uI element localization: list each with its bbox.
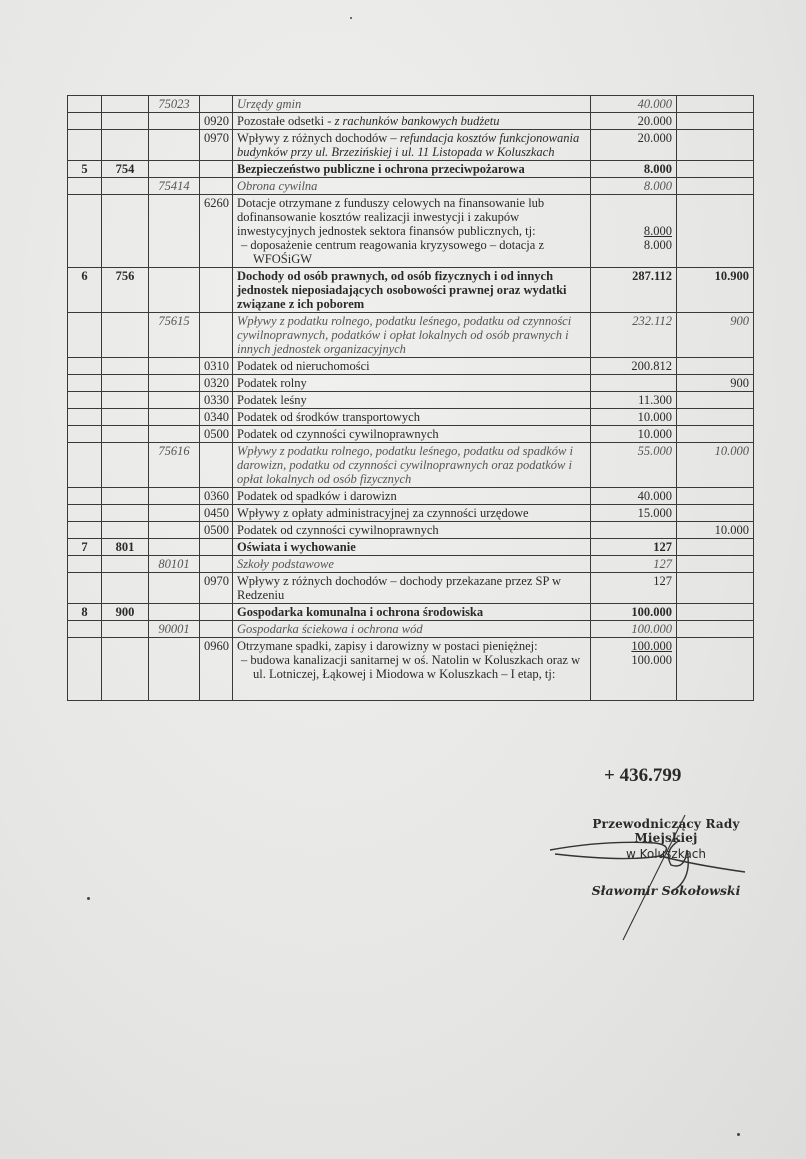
- description-cell: Podatek rolny: [233, 375, 591, 392]
- description-text: Otrzymane spadki, zapisy i darowizny w p…: [237, 639, 538, 653]
- rozdzial-cell: [149, 604, 200, 621]
- item-row: 0450Wpływy z opłaty administracyjnej za …: [68, 505, 754, 522]
- amount-b-cell: [677, 426, 754, 443]
- description-cell: Oświata i wychowanie: [233, 539, 591, 556]
- dzial-cell: [102, 638, 149, 701]
- description-cell: Podatek od czynności cywilnoprawnych: [233, 426, 591, 443]
- lp-cell: [68, 313, 102, 358]
- section-row: 8900Gospodarka komunalna i ochrona środo…: [68, 604, 754, 621]
- dzial-cell: [102, 556, 149, 573]
- rozdzial-cell: [149, 113, 200, 130]
- amount-b-cell: [677, 539, 754, 556]
- paragraf-cell: [200, 161, 233, 178]
- section-row: 7801Oświata i wychowanie127: [68, 539, 754, 556]
- amount-a-cell: 40.000: [591, 96, 677, 113]
- amount-b-cell: [677, 178, 754, 195]
- rozdzial-cell: 80101: [149, 556, 200, 573]
- paragraf-cell: 0320: [200, 375, 233, 392]
- dzial-cell: [102, 488, 149, 505]
- rozdzial-cell: [149, 505, 200, 522]
- paragraf-cell: 0330: [200, 392, 233, 409]
- amount-a-cell: 40.000: [591, 488, 677, 505]
- paragraf-cell: 0360: [200, 488, 233, 505]
- lp-cell: 8: [68, 604, 102, 621]
- bullet-text: budowa kanalizacji sanitarnej w oś. Nato…: [250, 653, 580, 681]
- scan-speck: [87, 897, 90, 900]
- amount-b-cell: [677, 604, 754, 621]
- paragraf-cell: [200, 313, 233, 358]
- rozdzial-cell: [149, 638, 200, 701]
- description-text: Wpływy z różnych dochodów –: [237, 131, 400, 145]
- lp-cell: [68, 443, 102, 488]
- rozdzial-cell: [149, 268, 200, 313]
- amount-a-cell: 20.000: [591, 113, 677, 130]
- paragraf-cell: [200, 604, 233, 621]
- section-row: 6756Dochody od osób prawnych, od osób fi…: [68, 268, 754, 313]
- description-text: Wpływy z różnych dochodów – dochody prze…: [237, 574, 561, 602]
- rozdzial-cell: [149, 409, 200, 426]
- description-cell: Gospodarka ściekowa i ochrona wód: [233, 621, 591, 638]
- rozdzial-cell: [149, 195, 200, 268]
- amount-b-cell: [677, 621, 754, 638]
- amount-a-cell: 8.0008.000: [591, 195, 677, 268]
- amount-b-cell: [677, 392, 754, 409]
- item-row: 0310Podatek od nieruchomości200.812: [68, 358, 754, 375]
- paragraf-cell: [200, 96, 233, 113]
- signatory-name: Sławomir Sokołowski: [568, 883, 764, 898]
- amount-a-cell: 127: [591, 573, 677, 604]
- dzial-cell: [102, 573, 149, 604]
- amount-a-cell: 287.112: [591, 268, 677, 313]
- item-row: 0330Podatek leśny11.300: [68, 392, 754, 409]
- lp-cell: [68, 638, 102, 701]
- dzial-cell: [102, 358, 149, 375]
- amount-a-cell: 11.300: [591, 392, 677, 409]
- amount-a-cell: 15.000: [591, 505, 677, 522]
- paragraf-cell: 0970: [200, 130, 233, 161]
- amount-b-cell: [677, 556, 754, 573]
- paragraf-cell: 0310: [200, 358, 233, 375]
- lp-cell: [68, 96, 102, 113]
- rozdzial-cell: [149, 161, 200, 178]
- lp-cell: [68, 195, 102, 268]
- amount-a-cell: [591, 375, 677, 392]
- dzial-cell: [102, 96, 149, 113]
- amount-a-cell: 232.112: [591, 313, 677, 358]
- paragraf-cell: 0920: [200, 113, 233, 130]
- rozdzial-cell: [149, 488, 200, 505]
- budget-table: 75023Urzędy gmin40.0000920Pozostałe odse…: [67, 95, 754, 701]
- rozdzial-cell: 75616: [149, 443, 200, 488]
- paragraf-cell: 0450: [200, 505, 233, 522]
- description-cell: Dochody od osób prawnych, od osób fizycz…: [233, 268, 591, 313]
- lp-cell: [68, 488, 102, 505]
- signature-block: Przewodniczący Rady Miejskiej w Koluszka…: [568, 817, 764, 898]
- paragraf-cell: 0970: [200, 573, 233, 604]
- lp-cell: [68, 358, 102, 375]
- lp-cell: [68, 522, 102, 539]
- amount-b-cell: [677, 488, 754, 505]
- description-text: Podatek od czynności cywilnoprawnych: [237, 523, 439, 537]
- subsection-row: 80101Szkoły podstawowe127: [68, 556, 754, 573]
- amount-a-cell: 127: [591, 556, 677, 573]
- description-text: Podatek od czynności cywilnoprawnych: [237, 427, 439, 441]
- rozdzial-cell: [149, 539, 200, 556]
- dzial-cell: [102, 522, 149, 539]
- bullet-text: doposażenie centrum reagowania kryzysowe…: [250, 238, 544, 266]
- lp-cell: [68, 178, 102, 195]
- dzial-cell: [102, 130, 149, 161]
- description-cell: Podatek leśny: [233, 392, 591, 409]
- lp-cell: [68, 621, 102, 638]
- description-cell: Podatek od środków transportowych: [233, 409, 591, 426]
- amount-b-cell: [677, 113, 754, 130]
- lp-cell: 6: [68, 268, 102, 313]
- amount-b-cell: [677, 505, 754, 522]
- paragraf-cell: 0960: [200, 638, 233, 701]
- lp-cell: [68, 375, 102, 392]
- amount-a-cell: 127: [591, 539, 677, 556]
- item-row: 0920Pozostałe odsetki - z rachunków bank…: [68, 113, 754, 130]
- description-cell: Podatek od nieruchomości: [233, 358, 591, 375]
- description-cell: Pozostałe odsetki - z rachunków bankowyc…: [233, 113, 591, 130]
- amount-subtotal: 8.000: [644, 224, 672, 238]
- rozdzial-cell: [149, 426, 200, 443]
- scan-speck: [737, 1133, 740, 1136]
- rozdzial-cell: [149, 130, 200, 161]
- paragraf-cell: [200, 178, 233, 195]
- dzial-cell: [102, 375, 149, 392]
- description-text: Pozostałe odsetki -: [237, 114, 335, 128]
- amount-a-cell: 55.000: [591, 443, 677, 488]
- dzial-cell: [102, 113, 149, 130]
- paragraf-cell: 0500: [200, 522, 233, 539]
- item-row: 0320Podatek rolny900: [68, 375, 754, 392]
- description-text: Dotacje otrzymane z funduszy celowych na…: [237, 196, 544, 238]
- dzial-cell: [102, 409, 149, 426]
- description-text: Wpływy z opłaty administracyjnej za czyn…: [237, 506, 529, 520]
- dzial-cell: [102, 621, 149, 638]
- amount-a-cell: 200.812: [591, 358, 677, 375]
- dzial-cell: [102, 392, 149, 409]
- dzial-cell: [102, 178, 149, 195]
- description-cell: Wpływy z różnych dochodów – refundacja k…: [233, 130, 591, 161]
- lp-cell: 5: [68, 161, 102, 178]
- subsection-row: 75615Wpływy z podatku rolnego, podatku l…: [68, 313, 754, 358]
- item-row: 0960Otrzymane spadki, zapisy i darowizny…: [68, 638, 754, 701]
- subsection-row: 90001Gospodarka ściekowa i ochrona wód10…: [68, 621, 754, 638]
- amount-b-cell: 10.000: [677, 522, 754, 539]
- item-row: 6260Dotacje otrzymane z funduszy celowyc…: [68, 195, 754, 268]
- amount-value: 100.000: [595, 653, 672, 667]
- description-cell: Otrzymane spadki, zapisy i darowizny w p…: [233, 638, 591, 701]
- section-row: 5754Bezpieczeństwo publiczne i ochrona p…: [68, 161, 754, 178]
- amount-b-cell: [677, 409, 754, 426]
- amount-b-cell: 900: [677, 313, 754, 358]
- description-cell: Obrona cywilna: [233, 178, 591, 195]
- rozdzial-cell: [149, 522, 200, 539]
- dzial-cell: [102, 313, 149, 358]
- description-text: Podatek rolny: [237, 376, 307, 390]
- description-text: Podatek leśny: [237, 393, 307, 407]
- lp-cell: [68, 505, 102, 522]
- description-text: Podatek od środków transportowych: [237, 410, 420, 424]
- rozdzial-cell: 75023: [149, 96, 200, 113]
- amount-b-cell: 900: [677, 375, 754, 392]
- description-cell: Dotacje otrzymane z funduszy celowych na…: [233, 195, 591, 268]
- amount-a-cell: 20.000: [591, 130, 677, 161]
- item-row: 0500Podatek od czynności cywilnoprawnych…: [68, 426, 754, 443]
- paragraf-cell: [200, 443, 233, 488]
- amount-b-cell: [677, 96, 754, 113]
- description-cell: Urzędy gmin: [233, 96, 591, 113]
- description-cell: Podatek od spadków i darowizn: [233, 488, 591, 505]
- bullet-item: – doposażenie centrum reagowania kryzyso…: [237, 238, 586, 266]
- amount-a-cell: [591, 522, 677, 539]
- signatory-title: Przewodniczący Rady Miejskiej: [568, 817, 764, 845]
- lp-cell: [68, 556, 102, 573]
- dzial-cell: 900: [102, 604, 149, 621]
- lp-cell: [68, 426, 102, 443]
- amount-value: 8.000: [595, 238, 672, 252]
- item-row: 0970Wpływy z różnych dochodów – dochody …: [68, 573, 754, 604]
- amount-a-cell: 10.000: [591, 426, 677, 443]
- dzial-cell: 756: [102, 268, 149, 313]
- amount-b-cell: [677, 358, 754, 375]
- description-cell: Wpływy z opłaty administracyjnej za czyn…: [233, 505, 591, 522]
- lp-cell: 7: [68, 539, 102, 556]
- amount-b-cell: [677, 161, 754, 178]
- description-cell: Bezpieczeństwo publiczne i ochrona przec…: [233, 161, 591, 178]
- item-row: 0970Wpływy z różnych dochodów – refundac…: [68, 130, 754, 161]
- dzial-cell: [102, 195, 149, 268]
- amount-a-cell: 8.000: [591, 178, 677, 195]
- item-row: 0360Podatek od spadków i darowizn40.000: [68, 488, 754, 505]
- scan-speck: [350, 17, 352, 19]
- amount-a-cell: 100.000: [591, 621, 677, 638]
- amount-b-cell: 10.000: [677, 443, 754, 488]
- dzial-cell: 801: [102, 539, 149, 556]
- description-cell: Wpływy z podatku rolnego, podatku leśneg…: [233, 313, 591, 358]
- amount-b-cell: [677, 638, 754, 701]
- dzial-cell: [102, 443, 149, 488]
- dzial-cell: [102, 426, 149, 443]
- description-cell: Wpływy z podatku rolnego, podatku leśneg…: [233, 443, 591, 488]
- dzial-cell: [102, 505, 149, 522]
- amount-a-cell: 10.000: [591, 409, 677, 426]
- description-cell: Gospodarka komunalna i ochrona środowisk…: [233, 604, 591, 621]
- description-cell: Szkoły podstawowe: [233, 556, 591, 573]
- amount-b-cell: [677, 195, 754, 268]
- paragraf-cell: 6260: [200, 195, 233, 268]
- amount-subtotal: 100.000: [631, 639, 672, 653]
- item-row: 0340Podatek od środków transportowych10.…: [68, 409, 754, 426]
- paragraf-cell: [200, 621, 233, 638]
- paragraf-cell: [200, 556, 233, 573]
- amount-b-cell: [677, 573, 754, 604]
- amount-b-cell: [677, 130, 754, 161]
- paragraf-cell: [200, 539, 233, 556]
- rozdzial-cell: 75615: [149, 313, 200, 358]
- lp-cell: [68, 130, 102, 161]
- lp-cell: [68, 392, 102, 409]
- paragraf-cell: [200, 268, 233, 313]
- rozdzial-cell: 75414: [149, 178, 200, 195]
- rozdzial-cell: 90001: [149, 621, 200, 638]
- paragraf-cell: 0500: [200, 426, 233, 443]
- description-detail: z rachunków bankowych budżetu: [335, 114, 500, 128]
- amount-a-cell: 100.000: [591, 604, 677, 621]
- description-cell: Podatek od czynności cywilnoprawnych: [233, 522, 591, 539]
- subsection-row: 75616Wpływy z podatku rolnego, podatku l…: [68, 443, 754, 488]
- amount-b-cell: 10.900: [677, 268, 754, 313]
- subsection-row: 75414Obrona cywilna8.000: [68, 178, 754, 195]
- lp-cell: [68, 113, 102, 130]
- amount-a-cell: 8.000: [591, 161, 677, 178]
- lp-cell: [68, 409, 102, 426]
- dzial-cell: 754: [102, 161, 149, 178]
- description-cell: Wpływy z różnych dochodów – dochody prze…: [233, 573, 591, 604]
- lp-cell: [68, 573, 102, 604]
- total-amount: + 436.799: [604, 765, 681, 787]
- rozdzial-cell: [149, 573, 200, 604]
- description-text: Podatek od spadków i darowizn: [237, 489, 397, 503]
- rozdzial-cell: [149, 392, 200, 409]
- subsection-row: 75023Urzędy gmin40.000: [68, 96, 754, 113]
- amount-a-cell: 100.000100.000: [591, 638, 677, 701]
- rozdzial-cell: [149, 375, 200, 392]
- paragraf-cell: 0340: [200, 409, 233, 426]
- signatory-place: w Koluszkach: [568, 847, 764, 861]
- description-text: Podatek od nieruchomości: [237, 359, 370, 373]
- rozdzial-cell: [149, 358, 200, 375]
- item-row: 0500Podatek od czynności cywilnoprawnych…: [68, 522, 754, 539]
- bullet-item: – budowa kanalizacji sanitarnej w oś. Na…: [237, 653, 586, 681]
